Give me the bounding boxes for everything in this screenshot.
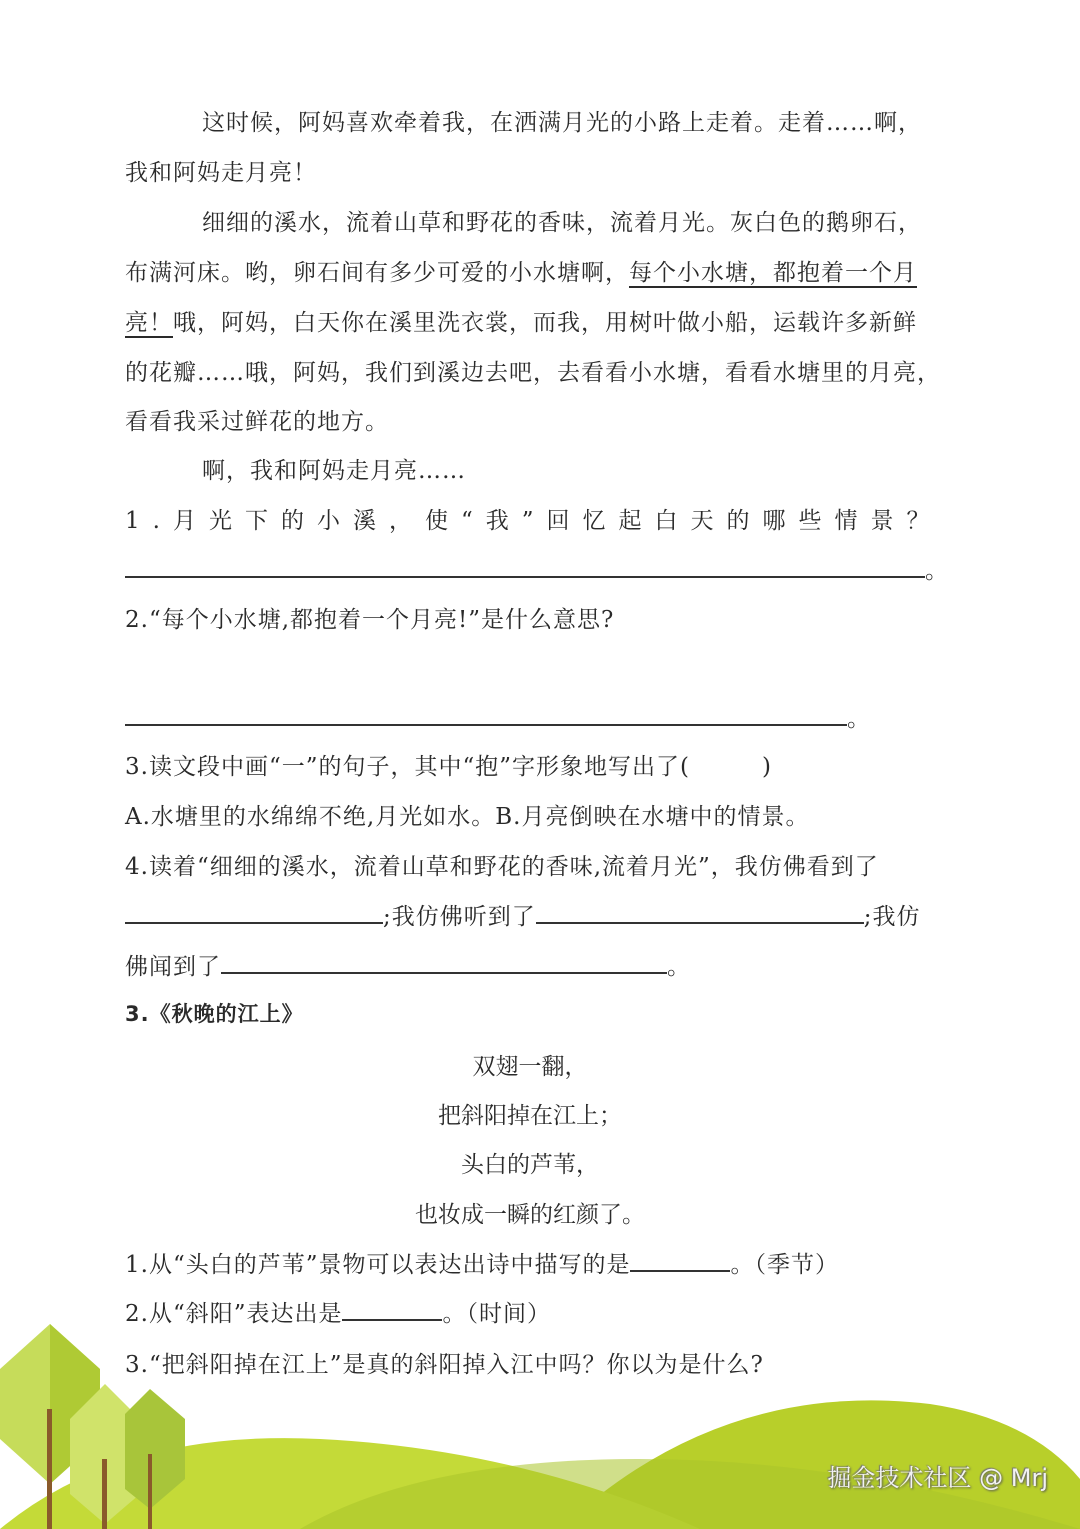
- question-4: 4.读着“细细的溪水，流着山草和野花的香味,流着月光”，我仿佛看到了: [125, 848, 879, 881]
- answer-line-2[interactable]: 。: [125, 700, 871, 733]
- answer-blank-smelled[interactable]: [221, 950, 667, 974]
- poem-line: 双翅一翻，: [0, 1048, 1060, 1081]
- landscape-decoration: [0, 1309, 1080, 1529]
- passage-line: 我和阿妈走月亮！: [125, 154, 317, 187]
- passage-line: 亮！哦，阿妈，白天你在溪里洗衣裳，而我，用树叶做小船，运载许多新鲜: [125, 304, 917, 337]
- q4-text: ;我仿: [864, 904, 921, 930]
- period: 。: [667, 954, 691, 980]
- question-3-options: A.水塘里的水绵绵不绝,月光如水。B.月亮倒映在水塘中的情景。: [125, 798, 809, 831]
- q4-text: ;我仿佛听到了: [383, 904, 536, 930]
- poem-question-1: 1.从“头白的芦苇”景物可以表达出诗中描写的是。（季节）: [125, 1246, 839, 1279]
- passage-line: 这时候，阿妈喜欢牵着我，在洒满月光的小路上走着。走着……啊，: [202, 104, 922, 137]
- passage-line: 啊，我和阿妈走月亮……: [202, 452, 466, 485]
- answer-blank[interactable]: [125, 702, 847, 726]
- answer-blank-season[interactable]: [630, 1248, 730, 1272]
- q-text: 。（季节）: [730, 1252, 839, 1278]
- answer-blank[interactable]: [125, 554, 925, 578]
- period: 。: [847, 706, 871, 732]
- answer-blank-heard[interactable]: [536, 900, 864, 924]
- period: 。: [925, 558, 949, 584]
- question-1: 1.月光下的小溪，使“我”回忆起白天的哪些情景？: [125, 502, 942, 535]
- poem-line: 头白的芦苇，: [0, 1146, 1060, 1179]
- answer-blank-seen[interactable]: [125, 900, 383, 924]
- answer-line-1[interactable]: 。: [125, 552, 949, 585]
- watermark: 掘金技术社区 @ Mrj: [828, 1458, 1049, 1493]
- passage-text: 哦，阿妈，白天你在溪里洗衣裳，而我，用树叶做小船，运载许多新鲜: [173, 310, 917, 336]
- question-3: 3.读文段中画“一”的句子，其中“抱”字形象地写出了( ): [125, 748, 772, 781]
- question-4-line3: 佛闻到了。: [125, 948, 691, 981]
- q4-text: 佛闻到了: [125, 954, 221, 980]
- section-title: 3.《秋晚的江上》: [125, 998, 304, 1028]
- passage-line: 布满河床。哟，卵石间有多少可爱的小水塘啊，每个小水塘，都抱着一个月: [125, 254, 917, 287]
- poem-line: 把斜阳掉在江上；: [0, 1097, 1060, 1130]
- q-text: 1.从“头白的芦苇”景物可以表达出诗中描写的是: [125, 1252, 630, 1278]
- passage-line: 的花瓣……哦，阿妈，我们到溪边去吧，去看看小水塘，看看水塘里的月亮，: [125, 354, 941, 387]
- passage-line: 细细的溪水，流着山草和野花的香味，流着月光。灰白色的鹅卵石，: [202, 204, 922, 237]
- passage-text: 布满河床。哟，卵石间有多少可爱的小水塘啊，: [125, 260, 629, 286]
- passage-line: 看看我采过鲜花的地方。: [125, 403, 389, 436]
- underlined-sentence: 亮！: [125, 310, 173, 336]
- question-2: 2.“每个小水塘,都抱着一个月亮!”是什么意思?: [125, 601, 614, 634]
- poem-line: 也妆成一瞬的红颜了。: [0, 1196, 1060, 1229]
- question-4-blanks: ;我仿佛听到了;我仿: [125, 898, 921, 931]
- underlined-sentence: 每个小水塘，都抱着一个月: [629, 260, 917, 286]
